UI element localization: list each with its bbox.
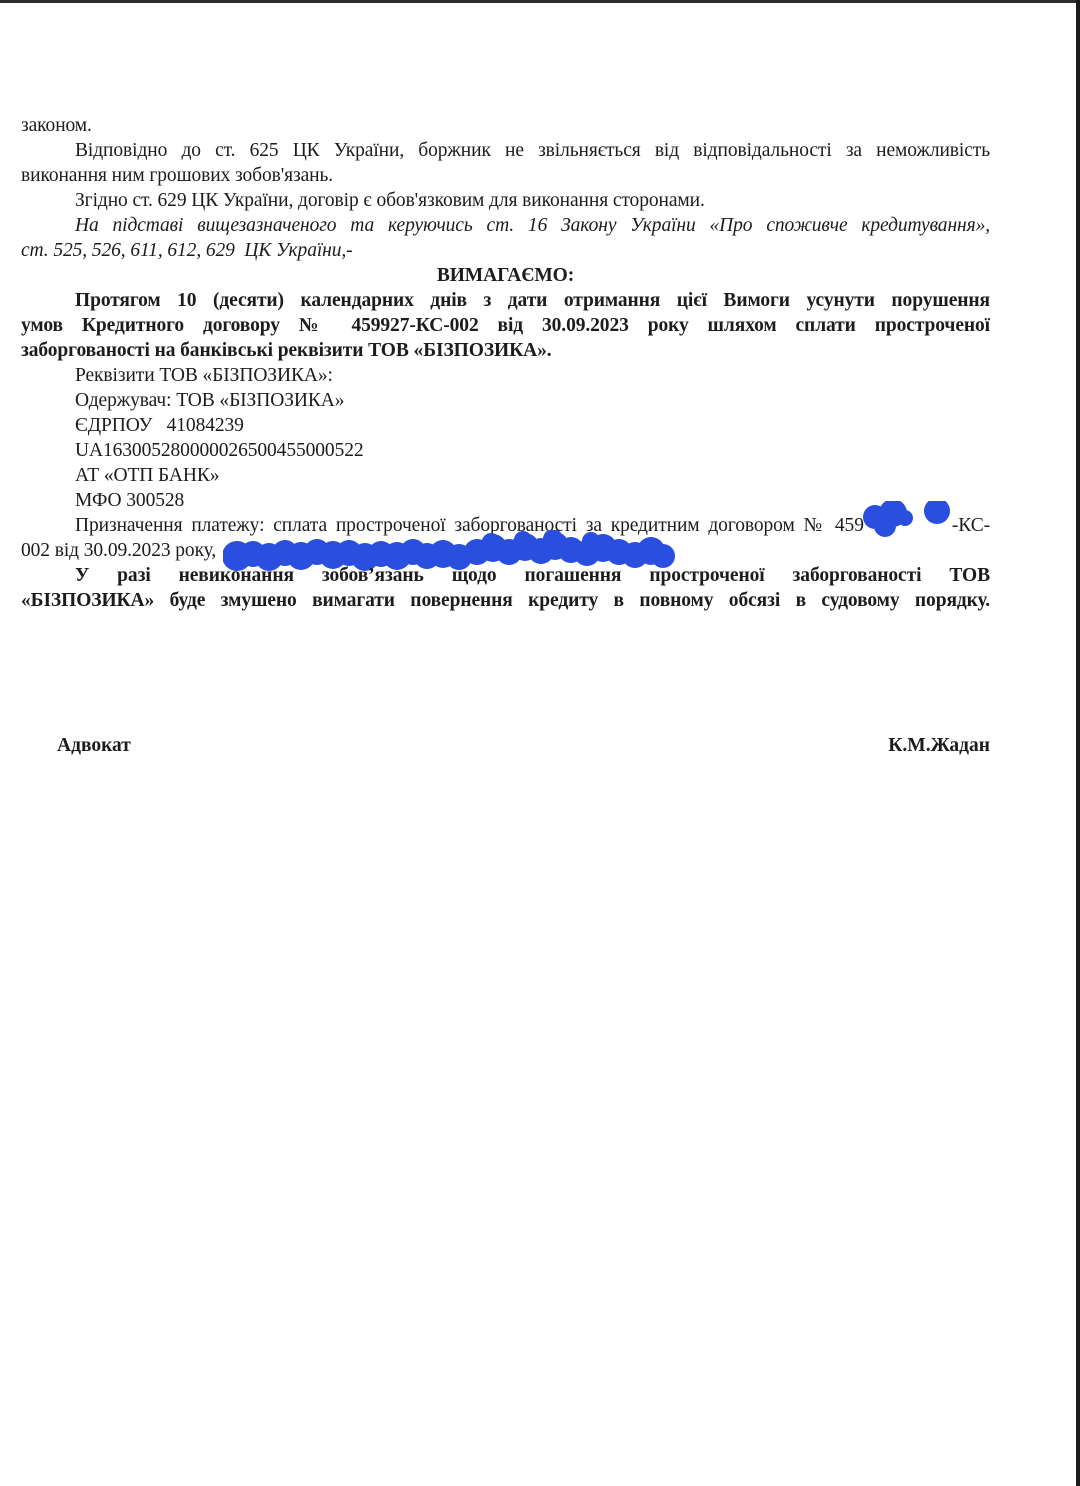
doc-line: У разі невиконання зобов’язань щодо пога… — [21, 563, 990, 588]
signature-row: Адвокат К.М.Жадан — [21, 733, 990, 758]
requisite-iban: UA163005280000026500455000522 — [21, 438, 990, 463]
letter-body: законом. Відповідно до ст. 625 ЦК Україн… — [21, 113, 990, 613]
requisite-mfo: МФО 300528 — [21, 488, 990, 513]
requisite-bank: АТ «ОТП БАНК» — [21, 463, 990, 488]
requisites-title: Реквізити ТОВ «БІЗПОЗИКА»: — [21, 363, 990, 388]
doc-line: умов Кредитного договору № 459927-КС-002… — [21, 313, 990, 338]
contract-date-line: 002 від 30.09.2023 року, — [21, 538, 990, 563]
scan-edge-right — [1076, 0, 1080, 1486]
signature-name: К.М.Жадан — [888, 733, 990, 758]
redaction-mark-contract-digits — [864, 515, 952, 536]
doc-line: «БІЗПОЗИКА» буде змушено вимагати поверн… — [21, 588, 990, 613]
signature-role: Адвокат — [57, 733, 131, 758]
doc-line: ст. 525, 526, 611, 612, 629 ЦК України,- — [21, 238, 990, 263]
doc-line: виконання ним грошових зобов'язань. — [21, 163, 990, 188]
doc-line: На підставі вищезазначеного та керуючись… — [21, 213, 990, 238]
payment-purpose-suffix: -КС- — [952, 515, 990, 536]
redaction-mark-scribble — [221, 540, 675, 561]
doc-line: Протягом 10 (десяти) календарних днів з … — [21, 288, 990, 313]
doc-line: законом. — [21, 113, 990, 138]
contract-date-text: 002 від 30.09.2023 року, — [21, 540, 221, 561]
scan-edge-top — [0, 0, 1080, 3]
requisite-edrpou: ЄДРПОУ 41084239 — [21, 413, 990, 438]
demand-heading: ВИМАГАЄМО: — [21, 263, 990, 288]
doc-line: Відповідно до ст. 625 ЦК України, боржни… — [21, 138, 990, 163]
doc-line: Згідно ст. 629 ЦК України, договір є обо… — [21, 188, 990, 213]
requisite-recipient: Одержувач: ТОВ «БІЗПОЗИКА» — [21, 388, 990, 413]
doc-line: заборгованості на банківські реквізити Т… — [21, 338, 990, 363]
document-page: законом. Відповідно до ст. 625 ЦК Україн… — [0, 0, 1080, 1486]
